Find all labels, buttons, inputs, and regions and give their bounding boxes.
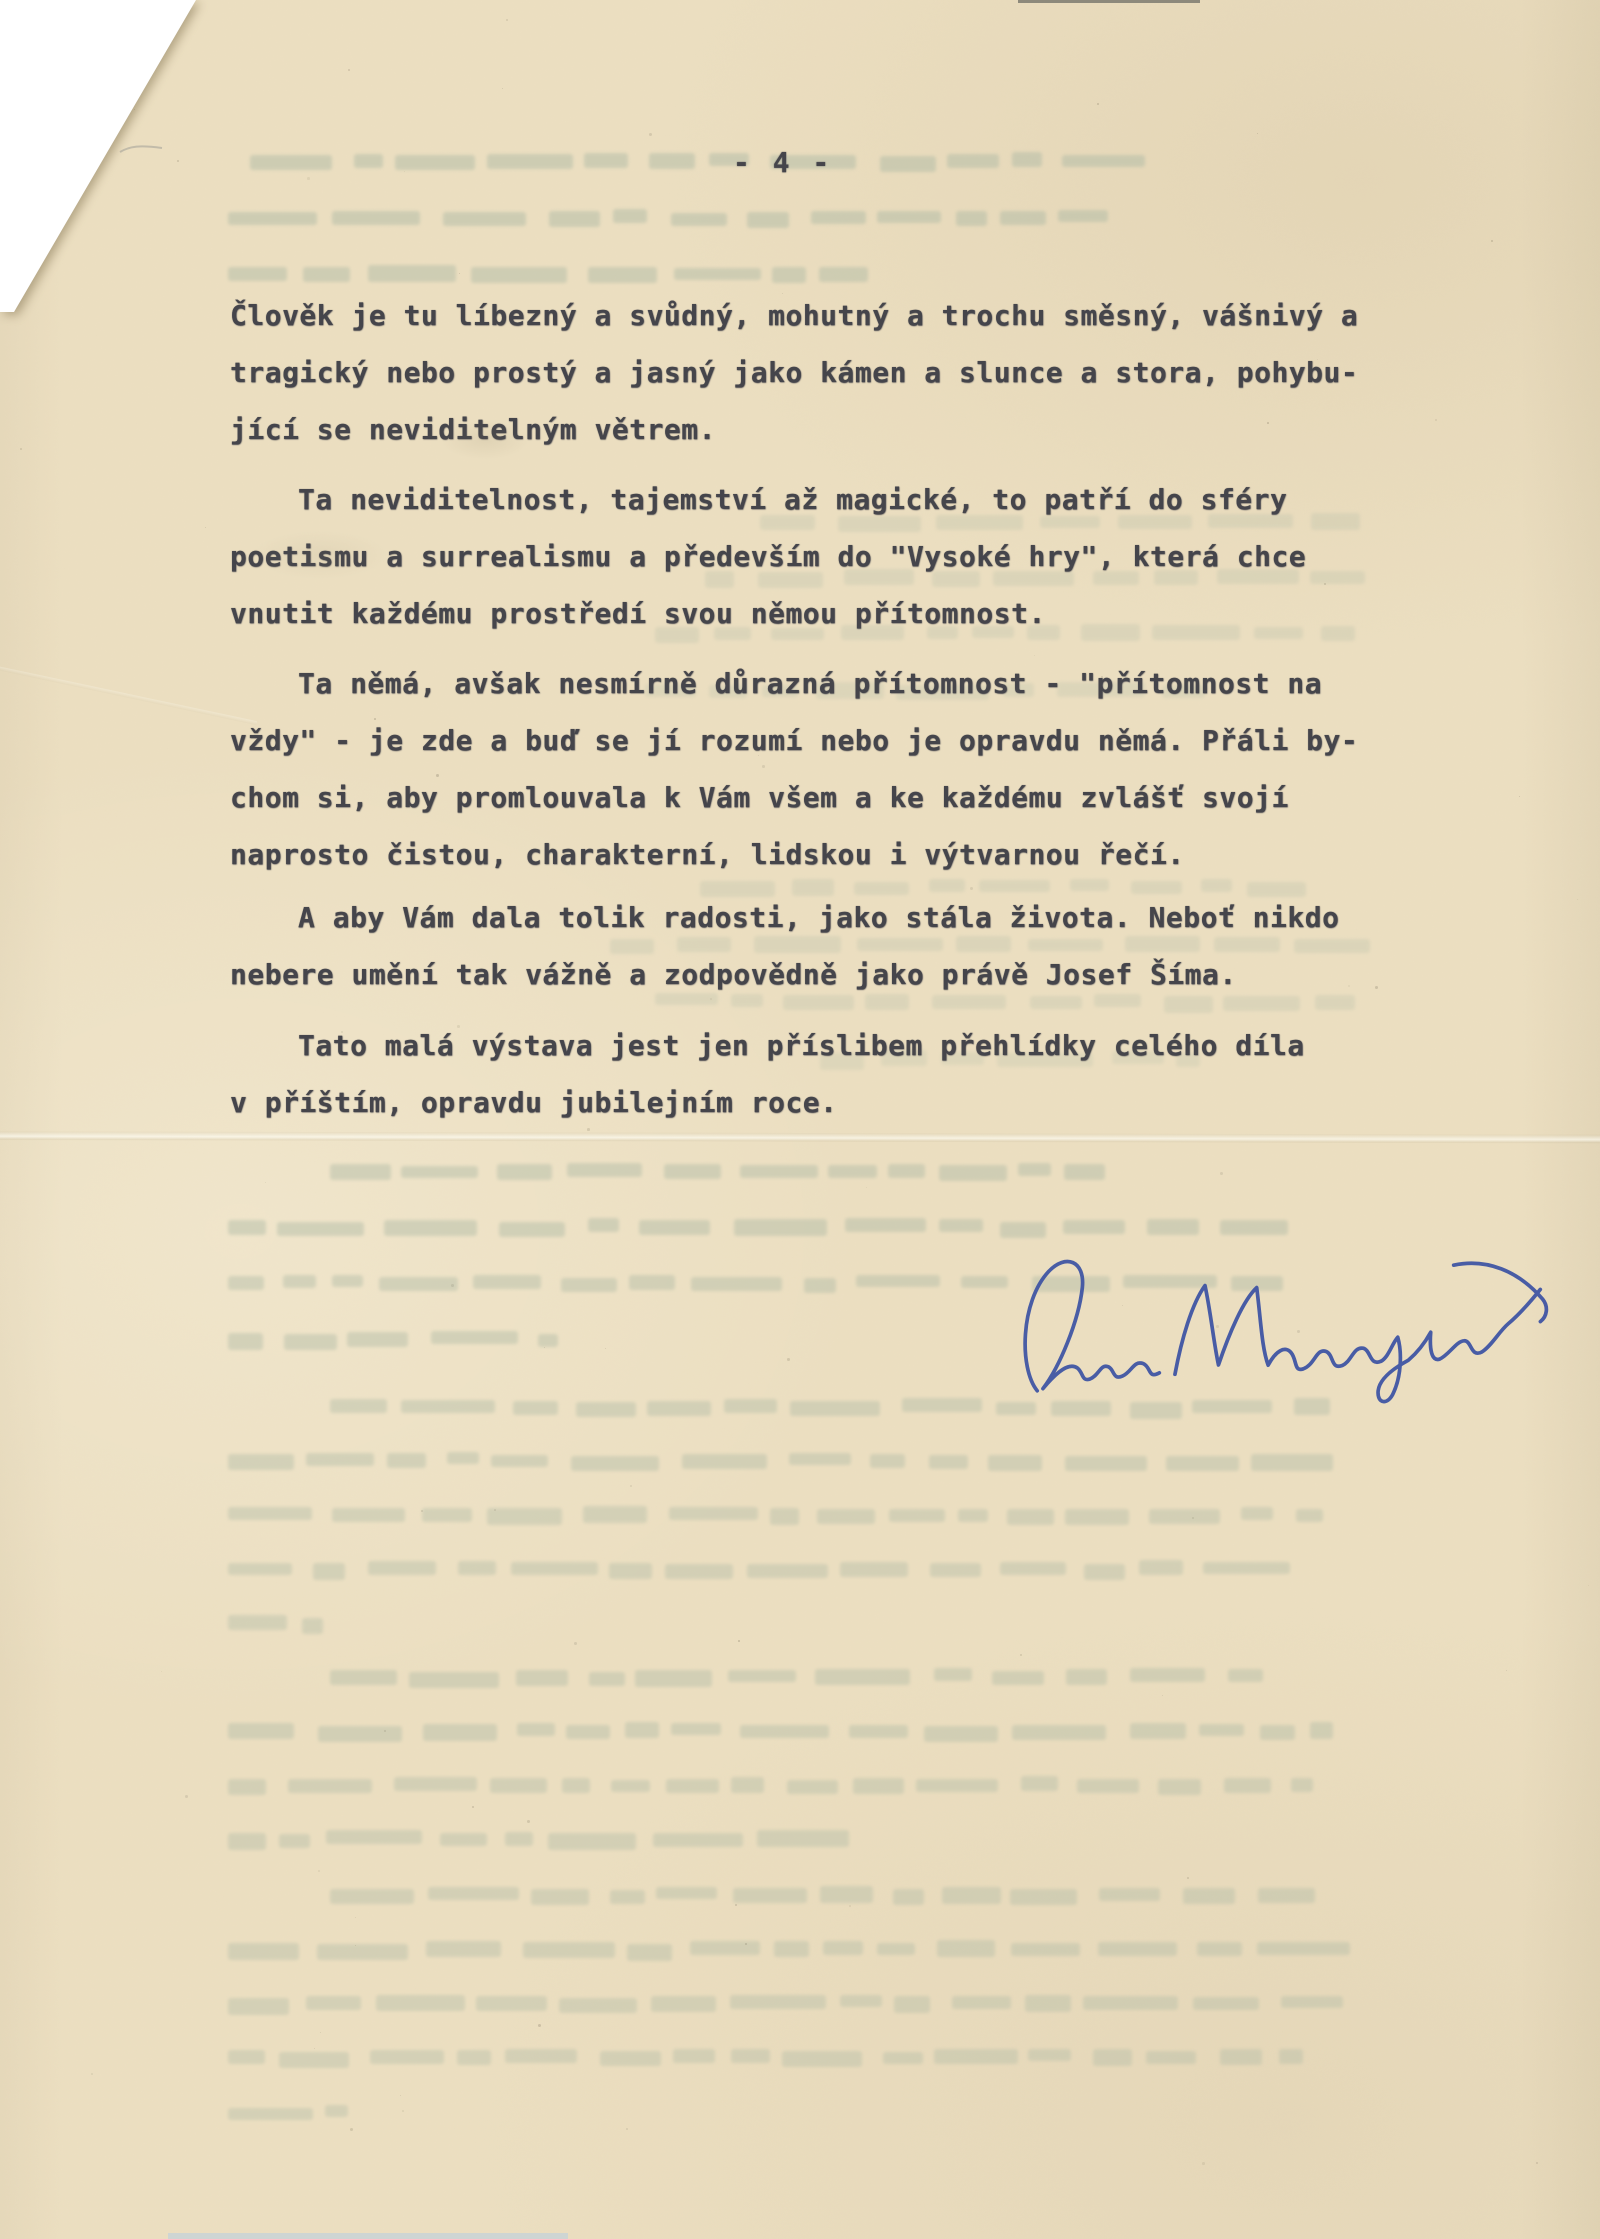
bleedthrough-word [548,1833,636,1850]
bleedthrough-word [992,1671,1044,1685]
bleedthrough-word [1291,1778,1313,1792]
bleedthrough-word [916,1779,998,1792]
bleedthrough-word [1183,1888,1235,1904]
bleedthrough-word [1281,1996,1343,2008]
bleedthrough-line [228,1452,1333,1474]
bleedthrough-word [840,1995,882,2007]
dust-speck [348,69,350,71]
bleedthrough-word [1251,1454,1333,1471]
bleedthrough-word [1083,1996,1178,2010]
bleedthrough-word [1199,1724,1244,1736]
bleedthrough-word [853,1778,904,1794]
bleedthrough-word [627,1944,672,1961]
bleedthrough-word [889,1509,945,1522]
bleedthrough-word [635,1670,712,1687]
bleedthrough-word [1021,1776,1058,1791]
page-number: - 4 - [733,146,832,179]
bleedthrough-word [609,1563,652,1579]
typed-line: nebere umění tak vážně a zodpovědně jako… [230,946,1405,1003]
dust-speck [1020,1654,1022,1656]
bleedthrough-word [1093,2049,1132,2066]
bleedthrough-word [724,1399,777,1413]
bleedthrough-word [924,1726,998,1742]
bleedthrough-word [306,1453,374,1466]
bleedthrough-word [880,156,936,172]
bleedthrough-word [1011,1943,1080,1956]
bleedthrough-word [1077,1779,1139,1793]
dust-speck [849,1905,851,1907]
bleedthrough-word [819,267,868,282]
dust-speck [649,133,652,136]
bleedthrough-word [538,1334,558,1347]
bleedthrough-word [877,211,941,223]
signature [999,1228,1570,1433]
bleedthrough-word [1158,1779,1201,1795]
bleedthrough-word [789,1453,851,1465]
bleedthrough-word [325,2105,348,2117]
dust-speck [307,177,310,180]
dust-speck [402,2110,404,2112]
dust-speck [605,1348,606,1349]
bleedthrough-word [228,1833,266,1850]
dust-speck [626,2128,628,2130]
bleedthrough-word [849,1725,908,1738]
bleedthrough-word [384,1220,477,1236]
bleedthrough-word [674,268,761,280]
bleedthrough-word [782,2051,862,2067]
bleedthrough-word [228,2050,265,2064]
bleedthrough-word [1296,1509,1323,1522]
bleedthrough-word [505,2049,577,2063]
bleedthrough-word [671,213,727,226]
bleedthrough-word [1192,1400,1272,1413]
bleedthrough-word [228,1507,312,1520]
bleedthrough-word [734,1219,827,1236]
bleedthrough-word [653,1833,743,1847]
bleedthrough-word [1032,1276,1110,1292]
bleedthrough-word [939,1165,1007,1181]
bleedthrough-line [330,1398,1330,1420]
bleedthrough-word [228,1723,294,1739]
dust-speck [538,2024,541,2027]
bleedthrough-word [934,1668,972,1681]
bleedthrough-line [228,1722,1333,1744]
typed-line: jící se neviditelným větrem. [230,401,1405,458]
bleedthrough-word [1258,1888,1315,1903]
bleedthrough-word [288,1779,372,1793]
bleedthrough-word [1241,1507,1273,1520]
bleedthrough-word [988,1455,1042,1471]
bleedthrough-word [505,1832,533,1846]
bleedthrough-word [1193,1997,1259,2010]
bleedthrough-line [228,1274,1283,1296]
dust-speck [355,1917,356,1918]
bleedthrough-word [228,1276,264,1290]
dust-speck [161,1671,162,1672]
bleedthrough-word [774,1941,809,1957]
dust-speck [91,2073,93,2075]
bleedthrough-line [228,1614,323,1636]
dust-speck [630,1485,632,1487]
bleedthrough-word [817,1509,875,1524]
bleedthrough-word [318,1726,402,1742]
bleedthrough-word [952,1996,1011,2009]
corner-crease [0,659,257,725]
bleedthrough-word [401,1166,478,1178]
dust-speck [1162,1695,1163,1696]
bleedthrough-word [457,2050,491,2065]
dust-speck [1297,1330,1300,1333]
bleedthrough-word [283,1275,316,1288]
bleedthrough-word [330,1889,414,1904]
bleedthrough-word [517,1723,555,1736]
bleedthrough-word [856,1275,940,1287]
dust-speck [320,2032,321,2033]
bleedthrough-word [894,1996,930,2013]
bleedthrough-word [576,1402,636,1417]
bleedthrough-line [228,1830,883,1852]
bleedthrough-word [937,1940,995,1957]
bleedthrough-word [1279,2049,1303,2064]
bleedthrough-word [870,1454,905,1468]
bleedthrough-word [516,1670,568,1686]
scan-edge-artifact [168,2233,568,2239]
dust-speck [1435,419,1437,421]
dust-speck [1491,240,1493,242]
bleedthrough-line [228,209,1108,231]
bleedthrough-word [228,1998,289,2015]
dust-speck [1536,2162,1538,2164]
bleedthrough-word [656,1887,717,1899]
typed-line: naprosto čistou, charakterní, lidskou i … [230,826,1405,883]
bleedthrough-word [1197,1942,1242,1956]
bleedthrough-line [330,1668,1285,1690]
bleedthrough-word [1130,1402,1182,1419]
bleedthrough-line [250,152,1150,174]
bleedthrough-word [1028,2049,1071,2061]
bleedthrough-word [820,1886,873,1903]
typed-line: Tato malá výstava jest jen příslibem pře… [230,1017,1405,1074]
bleedthrough-word [787,1780,838,1794]
dust-speck [1216,1325,1219,1328]
bleedthrough-line [228,1218,1288,1240]
bleedthrough-line [330,1886,1315,1908]
bleedthrough-word [326,1830,422,1844]
bleedthrough-line [228,1940,1363,1962]
bleedthrough-word [664,1164,721,1179]
bleedthrough-word [934,2049,1018,2064]
bleedthrough-word [458,1561,496,1575]
bleedthrough-word [1203,1562,1290,1574]
bleedthrough-word [828,1165,877,1178]
bleedthrough-line [228,1506,1323,1528]
bleedthrough-word [332,1508,405,1522]
bleedthrough-word [409,1672,499,1688]
bleedthrough-word [279,2052,349,2068]
dust-speck [494,1509,496,1511]
dust-speck [177,160,179,162]
bleedthrough-word [497,1164,552,1180]
dust-speck [265,1182,266,1183]
bleedthrough-word [673,2049,715,2063]
bleedthrough-word [1010,1889,1077,1905]
bleedthrough-word [1000,1562,1066,1575]
bleedthrough-word [303,267,350,282]
bleedthrough-word [228,2108,313,2120]
bleedthrough-word [1147,1219,1199,1235]
bleedthrough-word [747,212,789,228]
bleedthrough-word [1007,1509,1054,1525]
bleedthrough-word [888,1164,925,1178]
bleedthrough-word [939,1219,983,1232]
bleedthrough-word [1051,1401,1111,1416]
bleedthrough-word [691,1277,782,1291]
bleedthrough-word [332,211,420,225]
dust-speck [1097,103,1099,105]
bleedthrough-word [589,1672,625,1686]
bleedthrough-word [625,1722,659,1738]
typed-line: Ta neviditelnost, tajemství až magické, … [230,471,1405,528]
dust-speck [472,1806,474,1808]
dust-speck [1257,133,1258,134]
bleedthrough-word [1098,1942,1177,1956]
typed-line: tragický nebo prostý a jasný jako kámen … [230,344,1405,401]
bleedthrough-word [730,1995,826,2009]
dust-speck [1187,1877,1189,1879]
bleedthrough-word [690,1941,760,1955]
bleedthrough-word [588,1218,619,1232]
bleedthrough-word [313,1563,345,1580]
bleedthrough-word [1025,1995,1071,2012]
bleedthrough-word [284,1334,337,1350]
typed-line: Člověk je tu líbezný a svůdný, mohutný a… [230,287,1405,344]
dust-speck [404,171,405,172]
bleedthrough-word [1130,1723,1186,1739]
bleedthrough-word [996,1402,1036,1415]
bleedthrough-word [330,1670,397,1685]
bleedthrough-word [669,1507,758,1520]
dust-speck [20,448,22,450]
bleedthrough-word [961,1276,1008,1288]
bleedthrough-word [1000,211,1046,225]
dust-speck [355,1945,356,1946]
bleedthrough-word [487,1508,562,1525]
dust-speck [1202,2162,1205,2165]
bleedthrough-line [228,264,868,286]
horizontal-crease [0,1131,1600,1143]
bleedthrough-word [733,1888,807,1903]
bleedthrough-word [443,212,526,226]
dust-speck [1519,796,1520,797]
bleedthrough-word [228,1454,294,1470]
dust-speck [1192,1517,1194,1519]
bleedthrough-word [571,1456,659,1471]
paragraph: Ta němá, avšak nesmírně důrazná přítomno… [230,655,1405,883]
corner-fold-wrap [0,0,260,360]
bleedthrough-word [394,1777,477,1791]
dust-speck [421,1510,423,1512]
bleedthrough-word [840,1562,908,1577]
bleedthrough-word [426,1941,501,1957]
bleedthrough-word [790,1401,880,1416]
dust-speck [745,1943,747,1945]
bleedthrough-word [845,1218,926,1232]
bleedthrough-word [1257,1942,1350,1955]
bleedthrough-word [228,1333,263,1350]
typed-line: v příštím, opravdu jubilejním roce. [230,1074,1405,1131]
dust-speck [574,1642,577,1645]
bleedthrough-word [1065,1509,1129,1525]
typed-line: A aby Vám dala tolik radosti, jako stála… [230,889,1405,946]
bleedthrough-word [1231,1276,1283,1291]
dust-speck [544,1347,545,1348]
bleedthrough-word [559,1998,637,2013]
bleedthrough-word [731,2049,770,2063]
bleedthrough-line [228,2048,1303,2070]
bleedthrough-word [1084,1564,1125,1580]
bleedthrough-word [1220,1220,1288,1235]
bleedthrough-word [639,1220,710,1235]
bleedthrough-word [561,1278,617,1292]
bleedthrough-word [354,154,383,168]
bleedthrough-word [250,155,332,170]
bleedthrough-word [491,1455,548,1467]
bleedthrough-word [317,1944,408,1960]
typed-line: vnutit každému prostředí svou němou přít… [230,585,1405,642]
bleedthrough-word [368,265,456,282]
bleedthrough-word [1310,1722,1333,1739]
bleedthrough-word [665,1564,733,1579]
bleedthrough-word [815,1669,910,1685]
bleedthrough-word [804,1278,836,1293]
bleedthrough-word [610,1890,645,1904]
bleedthrough-word [893,1889,924,1905]
dust-speck [451,1284,454,1287]
bleedthrough-word [772,267,806,283]
paragraph: Ta neviditelnost, tajemství až magické, … [230,471,1405,642]
bleedthrough-word [651,1996,716,2012]
dust-speck [459,273,460,274]
pencil-mark [118,142,164,156]
bleedthrough-word [330,1399,387,1413]
bleedthrough-word [513,1401,558,1415]
dust-speck [384,1730,386,1732]
dust-speck [527,1820,530,1823]
bleedthrough-word [567,1163,642,1177]
bleedthrough-word [370,2050,444,2064]
bleedthrough-word [347,1332,408,1347]
bleedthrough-word [611,1780,650,1792]
bleedthrough-word [1294,1398,1330,1415]
bleedthrough-word [395,155,475,170]
bleedthrough-word [431,1331,518,1344]
bleedthrough-word [930,1563,981,1577]
dust-speck [1577,899,1578,900]
bleedthrough-word [476,1996,547,2011]
typed-line: Ta němá, avšak nesmírně důrazná přítomno… [230,655,1405,712]
bleedthrough-word [1123,1275,1217,1288]
dust-speck [134,109,135,110]
bleedthrough-word [387,1453,426,1468]
bleedthrough-word [1018,1163,1051,1176]
bleedthrough-word [523,1942,615,1958]
bleedthrough-word [1000,1222,1046,1238]
bleedthrough-word [942,1887,1001,1904]
dust-speck [735,1904,737,1906]
bleedthrough-word [511,1562,598,1575]
dust-speck [1122,1305,1123,1306]
bleedthrough-word [376,1995,465,2011]
bleedthrough-word [747,1564,828,1578]
bleedthrough-word [1260,1725,1295,1740]
bleedthrough-word [947,154,999,168]
bleedthrough-word [929,1455,968,1469]
bleedthrough-word [302,1618,323,1634]
dust-speck [866,1187,867,1188]
dust-speck [318,1870,320,1872]
typed-line: chom si, aby promlouvala k Vám všem a ke… [230,769,1405,826]
dust-speck [185,1795,188,1798]
bleedthrough-word [584,153,628,168]
bleedthrough-word [423,1724,497,1741]
bleedthrough-word [1012,152,1042,167]
bleedthrough-word [473,1275,541,1289]
bleedthrough-word [330,1164,391,1180]
bleedthrough-word [490,1778,547,1793]
bleedthrough-word [228,1220,266,1235]
bleedthrough-word [368,1561,436,1575]
bleedthrough-word [877,1943,915,1955]
dust-speck [506,19,508,21]
bleedthrough-word [1064,1164,1105,1180]
bleedthrough-line [228,1994,1343,2016]
bleedthrough-word [682,1454,767,1469]
typed-line: poetismu a surrealismu a především do "V… [230,528,1405,585]
bleedthrough-word [1166,1456,1239,1471]
bleedthrough-word [613,209,647,223]
bleedthrough-word [770,1508,799,1525]
typed-line: vždy" - je zde a buď se jí rozumí nebo j… [230,712,1405,769]
bleedthrough-word [562,1778,590,1793]
bleedthrough-word [958,1509,988,1522]
dust-speck [787,1358,790,1361]
scanned-letter-page: Člověk je tu líbezný a svůdný, mohutný a… [0,0,1600,2239]
bleedthrough-word [487,154,573,169]
bleedthrough-line [228,2104,348,2126]
bleedthrough-word [1220,2049,1262,2065]
bleedthrough-word [428,1887,519,1900]
bleedthrough-line [228,1560,1313,1582]
bleedthrough-word [823,1941,863,1955]
bleedthrough-word [447,1452,479,1464]
bleedthrough-word [1065,1456,1147,1471]
bleedthrough-word [566,1725,610,1739]
paragraph: Tato malá výstava jest jen příslibem pře… [230,1017,1405,1131]
bleedthrough-line [228,1330,558,1352]
bleedthrough-word [902,1398,982,1412]
bleedthrough-word [1224,1778,1271,1793]
bleedthrough-word [379,1277,458,1291]
dust-speck [350,2128,353,2131]
bleedthrough-line [228,1776,1313,1798]
bleedthrough-word [228,1563,292,1575]
dust-speck [1506,1670,1507,1671]
scan-edge-artifact [1018,0,1200,3]
bleedthrough-word [499,1222,565,1237]
paragraph: Člověk je tu líbezný a svůdný, mohutný a… [230,287,1405,458]
bleedthrough-word [731,1777,764,1793]
bleedthrough-word [649,153,695,169]
